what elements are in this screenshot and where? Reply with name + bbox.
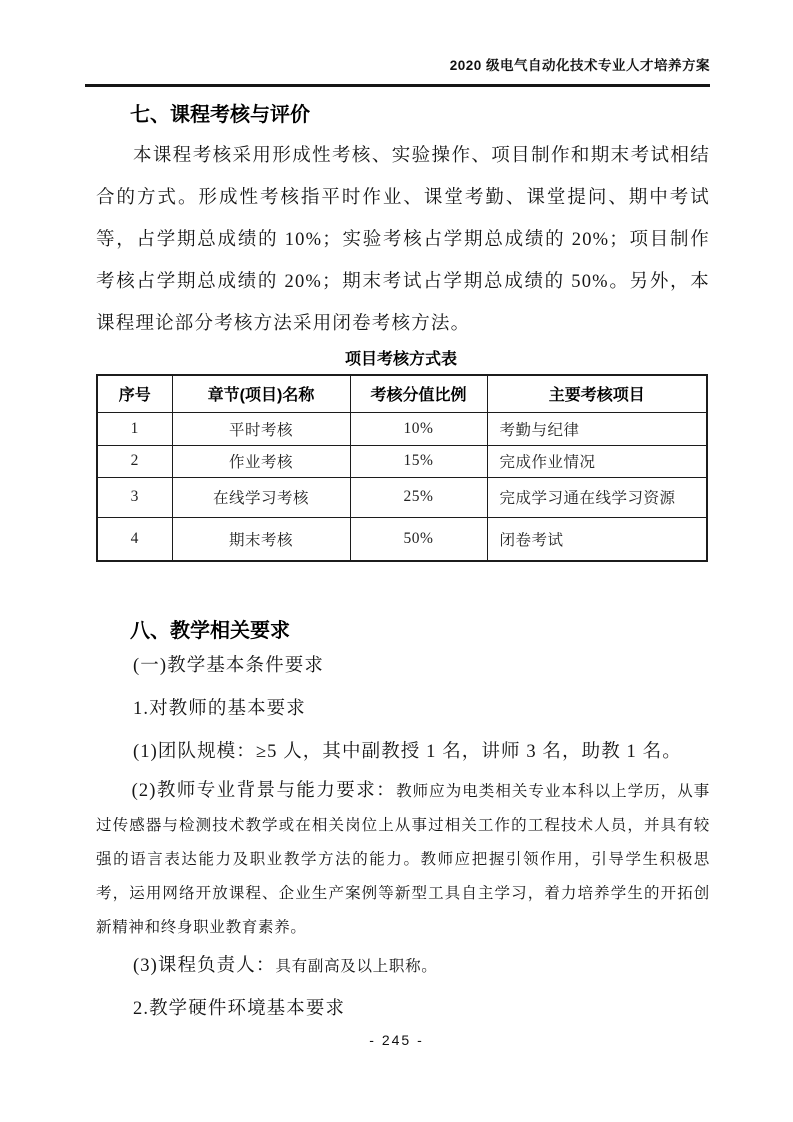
section8-item5: 2.教学硬件环境基本要求 <box>96 988 710 1031</box>
section8-item3: (2)教师专业背景与能力要求：教师应为电类相关专业本科以上学历，从事过传感器与检… <box>96 774 710 945</box>
cell-chapter: 平时考核 <box>172 412 350 445</box>
table-row: 3 在线学习考核 25% 完成学习通在线学习资源 <box>97 477 707 517</box>
cell-chapter: 作业考核 <box>172 445 350 477</box>
section8-item2: (1)团队规模：≥5 人，其中副教授 1 名，讲师 3 名，助教 1 名。 <box>96 731 710 774</box>
col-header-main-items: 主要考核项目 <box>487 375 707 412</box>
table-row: 1 平时考核 10% 考勤与纪律 <box>97 412 707 445</box>
section8-heading: 八、教学相关要求 <box>130 618 710 645</box>
section8-item1: 1.对教师的基本要求 <box>96 688 710 731</box>
cell-main-item: 考勤与纪律 <box>487 412 707 445</box>
section8-sub1: (一)教学基本条件要求 <box>96 645 710 688</box>
cell-index: 3 <box>97 477 172 517</box>
col-header-index: 序号 <box>97 375 172 412</box>
section8-item4-lead: (3)课程负责人： <box>133 956 275 976</box>
cell-index: 2 <box>97 445 172 477</box>
col-header-chapter: 章节(项目)名称 <box>172 375 350 412</box>
cell-main-item: 闭卷考试 <box>487 517 707 561</box>
cell-ratio: 25% <box>350 477 487 517</box>
section8-item4-body: 具有副高及以上职称。 <box>275 958 437 975</box>
section8-item4: (3)课程负责人：具有副高及以上职称。 <box>96 945 710 988</box>
cell-ratio: 50% <box>350 517 487 561</box>
cell-main-item: 完成作业情况 <box>487 445 707 477</box>
section8-item3-body: 教师应为电类相关专业本科以上学历，从事过传感器与检测技术教学或在相关岗位上从事过… <box>96 783 710 936</box>
section7-heading: 七、课程考核与评价 <box>130 102 710 129</box>
document-page: { "colors": { "text": "#1a1a1a", "border… <box>0 0 793 1122</box>
section8-item3-lead: (2)教师专业背景与能力要求： <box>132 781 396 801</box>
table-row: 2 作业考核 15% 完成作业情况 <box>97 445 707 477</box>
cell-index: 1 <box>97 412 172 445</box>
page-number: - 245 - <box>369 1032 423 1048</box>
cell-ratio: 15% <box>350 445 487 477</box>
page-footer: - 245 - <box>0 1032 793 1048</box>
table-row: 4 期末考核 50% 闭卷考试 <box>97 517 707 561</box>
cell-ratio: 10% <box>350 412 487 445</box>
running-head-title: 2020 级电气自动化技术专业人才培养方案 <box>0 56 793 76</box>
section7-paragraph: 本课程考核采用形成性考核、实验操作、项目制作和期末考试相结合的方式。形成性考核指… <box>96 135 710 345</box>
header-double-rule <box>85 84 710 87</box>
cell-chapter: 在线学习考核 <box>172 477 350 517</box>
document-body: 七、课程考核与评价 本课程考核采用形成性考核、实验操作、项目制作和期末考试相结合… <box>0 102 793 1031</box>
page-header: 2020 级电气自动化技术专业人才培养方案 <box>0 0 793 87</box>
col-header-ratio: 考核分值比例 <box>350 375 487 412</box>
assessment-table: 序号 章节(项目)名称 考核分值比例 主要考核项目 1 平时考核 10% 考勤与… <box>96 374 708 562</box>
cell-chapter: 期末考核 <box>172 517 350 561</box>
table-header-row: 序号 章节(项目)名称 考核分值比例 主要考核项目 <box>97 375 707 412</box>
cell-index: 4 <box>97 517 172 561</box>
assessment-table-title: 项目考核方式表 <box>96 349 706 371</box>
cell-main-item: 完成学习通在线学习资源 <box>487 477 707 517</box>
